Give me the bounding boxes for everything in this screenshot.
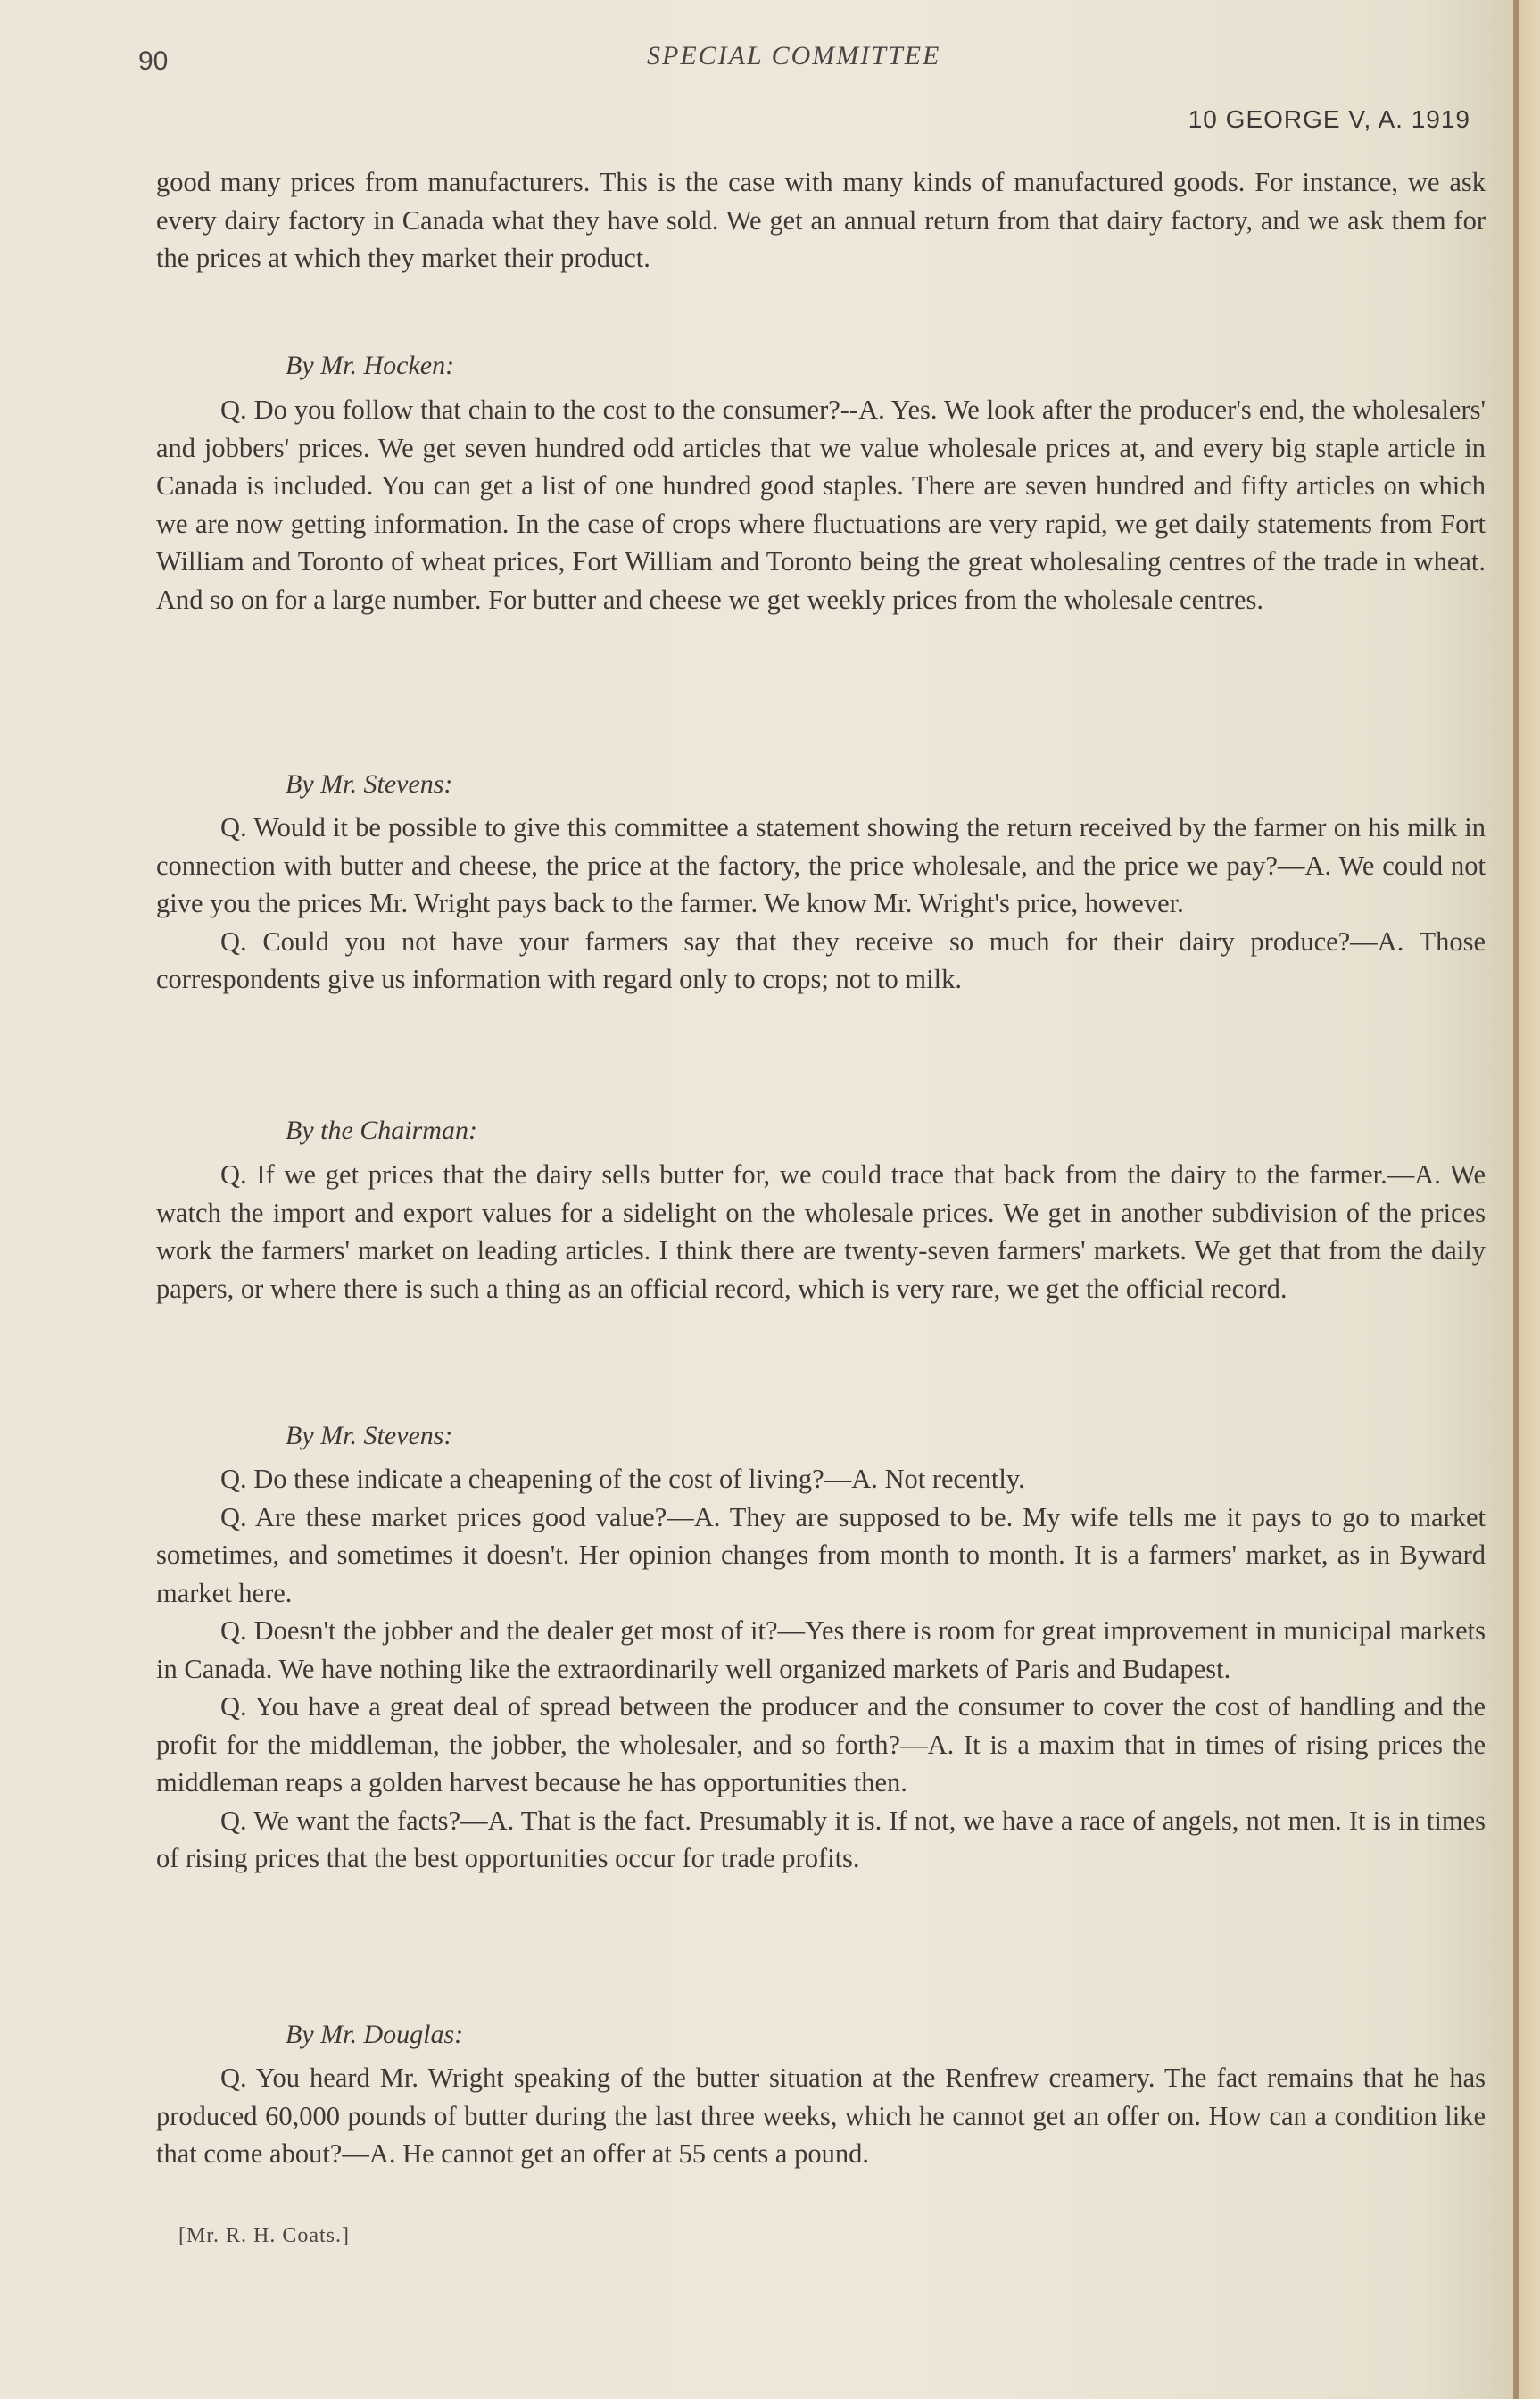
question-answer: Q. You have a great deal of spread betwe… bbox=[156, 1688, 1486, 1802]
testimony-block: Q. Do these indicate a cheapening of the… bbox=[156, 1460, 1486, 1878]
speaker-heading: By Mr. Stevens: bbox=[286, 1421, 452, 1451]
testimony-block: Q. You heard Mr. Wright speaking of the … bbox=[156, 2059, 1486, 2173]
paragraph: good many prices from manufacturers. Thi… bbox=[156, 163, 1486, 278]
session-label: 10 GEORGE V, A. 1919 bbox=[1188, 105, 1470, 134]
question-answer: Q. Do you follow that chain to the cost … bbox=[156, 391, 1486, 618]
testimony-block: Q. Would it be possible to give this com… bbox=[156, 809, 1486, 999]
question-answer: Q. Are these market prices good value?—A… bbox=[156, 1498, 1486, 1613]
question-answer: Q. Could you not have your farmers say t… bbox=[156, 923, 1486, 999]
testimony-block: Q. If we get prices that the dairy sells… bbox=[156, 1156, 1486, 1307]
testimony-block: Q. Do you follow that chain to the cost … bbox=[156, 391, 1486, 618]
question-answer: Q. Would it be possible to give this com… bbox=[156, 809, 1486, 923]
speaker-heading: By Mr. Hocken: bbox=[286, 351, 454, 381]
page-number: 90 bbox=[138, 46, 168, 77]
speaker-heading: By Mr. Douglas: bbox=[286, 2020, 463, 2050]
question-answer: Q. If we get prices that the dairy sells… bbox=[156, 1156, 1486, 1307]
witness-attribution: [Mr. R. H. Coats.] bbox=[178, 2224, 350, 2248]
question-answer: Q. You heard Mr. Wright speaking of the … bbox=[156, 2059, 1486, 2173]
speaker-heading: By Mr. Stevens: bbox=[286, 769, 452, 800]
adjacent-page-edge bbox=[1519, 0, 1540, 2399]
speaker-heading: By the Chairman: bbox=[286, 1116, 477, 1146]
continuation-paragraph-block: good many prices from manufacturers. Thi… bbox=[156, 163, 1486, 278]
question-answer: Q. We want the facts?—A. That is the fac… bbox=[156, 1802, 1486, 1878]
running-head: SPECIAL COMMITTEE bbox=[647, 41, 940, 71]
question-answer: Q. Do these indicate a cheapening of the… bbox=[156, 1460, 1486, 1498]
question-answer: Q. Doesn't the jobber and the dealer get… bbox=[156, 1612, 1486, 1688]
